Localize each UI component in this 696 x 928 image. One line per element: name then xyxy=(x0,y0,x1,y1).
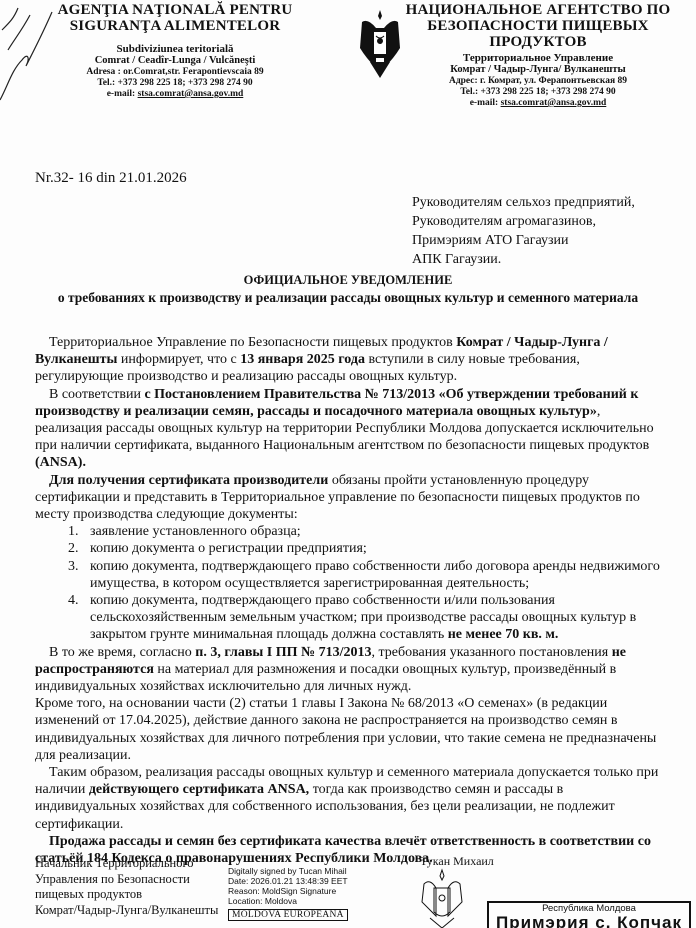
agency-name-ro-2: SIGURANŢA ALIMENTELOR xyxy=(30,18,320,34)
address-ro: Adresa : or.Comrat,str. Ferapontievscaia… xyxy=(30,67,320,78)
recipient: Руководителям агромагазинов, xyxy=(412,212,635,231)
email-link-ro[interactable]: stsa.comrat@ansa.gov.md xyxy=(138,89,244,99)
phone-ro: Tel.: +373 298 225 18; +373 298 274 90 xyxy=(30,78,320,89)
phone-ru: Tel.: +373 298 225 18; +373 298 274 90 xyxy=(398,87,678,98)
signer-name: Тукан Михаил xyxy=(420,854,494,869)
recipient: Примэриям АТО Гагаузии xyxy=(412,231,635,250)
agency-name-ru-1: НАЦИОНАЛЬНОЕ АГЕНТСТВО ПО xyxy=(398,2,678,18)
header-russian: НАЦИОНАЛЬНОЕ АГЕНТСТВО ПО БЕЗОПАСНОСТИ П… xyxy=(398,2,678,109)
email-link-ru[interactable]: stsa.comrat@ansa.gov.md xyxy=(501,98,607,108)
document-body: Территориальное Управление по Безопаснос… xyxy=(35,334,665,867)
recipient: Руководителям сельхоз предприятий, xyxy=(412,193,635,212)
coat-of-arms-icon xyxy=(358,8,402,80)
email-ru: e-mail: stsa.comrat@ansa.gov.md xyxy=(398,98,678,109)
official-stamp: Республика Молдова Примэрия с. Копчак xyxy=(487,901,691,928)
email-ro: e-mail: stsa.comrat@ansa.gov.md xyxy=(30,89,320,100)
paragraph-5: Кроме того, на основании части (2) стать… xyxy=(35,695,665,764)
signatory-position: Начальник Территориального Управления по… xyxy=(35,856,218,918)
required-documents-list: заявление установленного образца; копию … xyxy=(35,523,665,643)
list-item: копию документа, подтверждающего право с… xyxy=(82,558,665,592)
recipients: Руководителям сельхоз предприятий, Руков… xyxy=(412,193,635,269)
title-line-1: ОФИЦИАЛЬНОЕ УВЕДОМЛЕНИЕ xyxy=(40,272,656,289)
list-item: заявление установленного образца; xyxy=(82,523,665,540)
paragraph-3: Для получения сертификата производители … xyxy=(35,472,665,524)
document-number: Nr.32- 16 din 21.01.2026 xyxy=(35,170,187,187)
recipient: АПК Гагаузии. xyxy=(412,250,635,269)
list-item: копию документа о регистрации предприяти… xyxy=(82,540,665,557)
title-line-2: о требованиях к производству и реализаци… xyxy=(40,289,656,306)
list-item: копию документа, подтверждающего право с… xyxy=(82,592,665,644)
paragraph-6: Таким образом, реализация рассады овощны… xyxy=(35,764,665,833)
header-romanian: AGENŢIA NAŢIONALĂ PENTRU SIGURANŢA ALIME… xyxy=(30,2,320,100)
subdivision-ru: Территориальное Управление xyxy=(398,52,678,64)
paragraph-1: Территориальное Управление по Безопаснос… xyxy=(35,334,665,386)
agency-name-ru-3: ПРОДУКТОВ xyxy=(398,34,678,50)
agency-name-ru-2: БЕЗОПАСНОСТИ ПИЩЕВЫХ xyxy=(398,18,678,34)
locations-ro: Comrat / Ceadîr-Lunga / Vulcăneşti xyxy=(30,55,320,67)
subdivision-ro: Subdiviziunea teritorială xyxy=(30,43,320,55)
address-ru: Адрес: г. Комрат, ул. Ферапонтьевская 89 xyxy=(398,76,678,87)
paragraph-4: В то же время, согласно п. 3, главы I ПП… xyxy=(35,644,665,696)
paragraph-2: В соответствии с Постановлением Правител… xyxy=(35,386,665,472)
locations-ru: Комрат / Чадыр-Лунга/ Вулканешты xyxy=(398,64,678,76)
agency-name-ro-1: AGENŢIA NAŢIONALĂ PENTRU xyxy=(30,2,320,18)
document-title: ОФИЦИАЛЬНОЕ УВЕДОМЛЕНИЕ о требованиях к … xyxy=(40,272,656,306)
stamp-coat-of-arms-icon xyxy=(420,868,464,928)
moldova-europeana-badge: MOLDOVA EUROPEANĂ xyxy=(228,909,348,921)
digital-signature-block: Digitally signed by Tucan Mihail Date: 2… xyxy=(228,866,348,921)
